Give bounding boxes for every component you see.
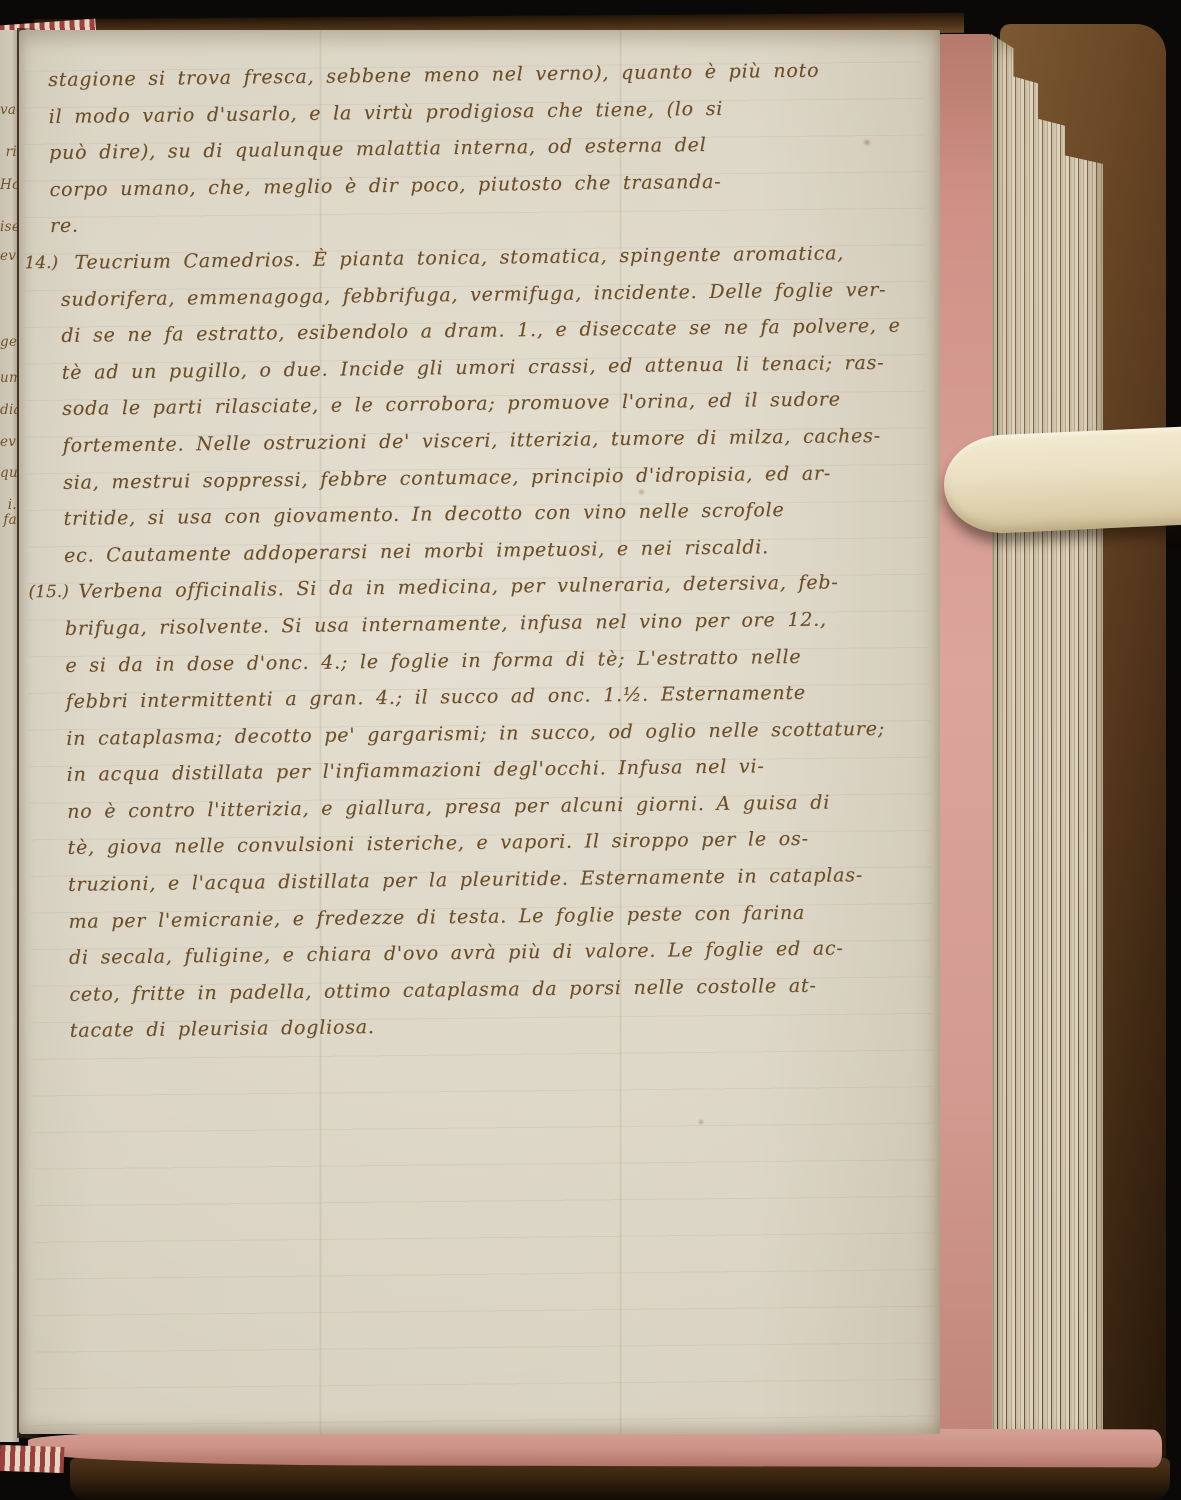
margin-fragment: evi	[0, 435, 17, 450]
entry-marker: 14.)	[24, 245, 58, 282]
photograph-background: va- ri Ho! ise. ev- gene um dia- evi que…	[0, 0, 1181, 1500]
margin-fragment: ri	[0, 145, 17, 160]
margin-fragment: ise.	[0, 220, 17, 235]
red-tinted-page-edge-right	[938, 34, 992, 1448]
margin-fragment: Ho!	[0, 178, 17, 193]
endband-bottom-icon	[0, 1445, 64, 1473]
margin-fragment: ev-	[0, 249, 17, 264]
foxing-spot	[699, 1120, 703, 1124]
margin-fragment: gene	[0, 335, 17, 350]
margin-fragment: i. fa	[0, 498, 17, 528]
entry-marker: (15.)	[28, 574, 69, 611]
margin-fragment: dia-	[0, 403, 17, 418]
margin-fragment: va-	[0, 103, 17, 118]
handwritten-text-block: stagione si trova fresca, sebbene meno n…	[48, 51, 932, 1050]
margin-fragment: um	[0, 371, 17, 386]
page-stack-fore-edge	[991, 34, 1103, 1446]
bone-folder	[942, 426, 1181, 535]
margin-fragment: que-	[0, 466, 17, 481]
